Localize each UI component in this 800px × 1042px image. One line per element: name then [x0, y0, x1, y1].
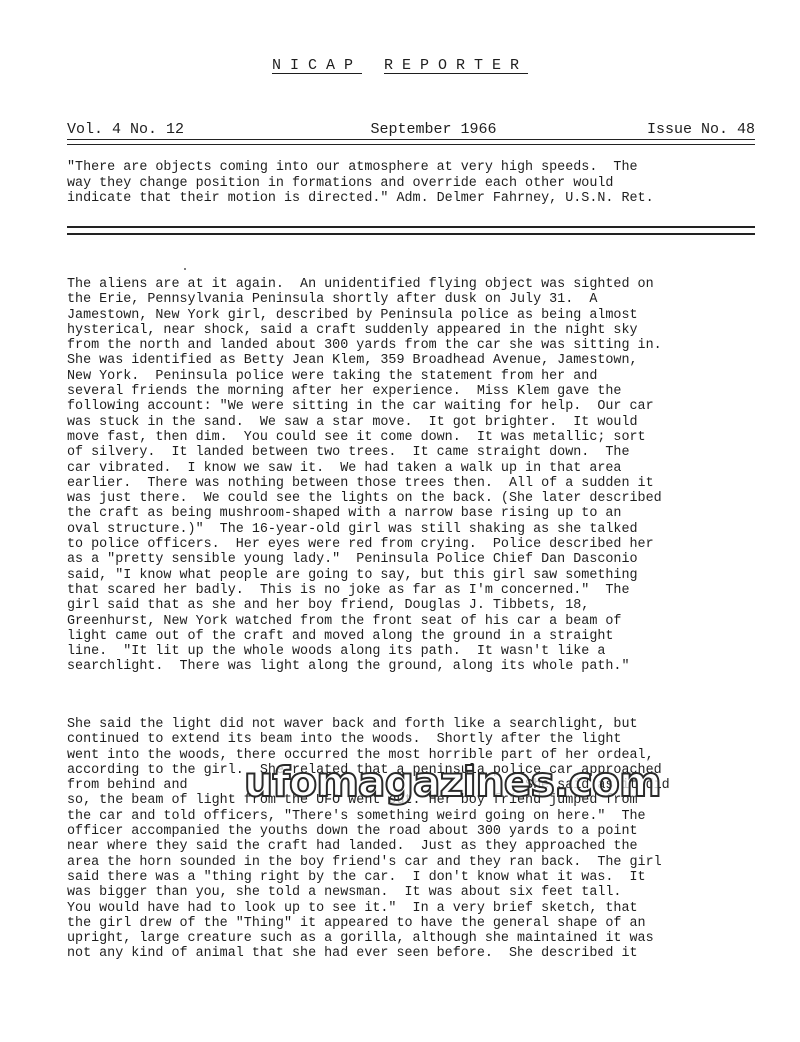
- masthead-title: NICAPREPORTER: [0, 57, 800, 74]
- epigraph-divider: [67, 226, 755, 235]
- issue-number: Issue No. 48: [647, 121, 755, 138]
- header-divider: [67, 139, 755, 145]
- article-paragraph-1: The aliens are at it again. An unidentif…: [67, 277, 777, 675]
- masthead-word-reporter: REPORTER: [384, 57, 528, 74]
- issue-date: September 1966: [370, 121, 496, 138]
- epigraph-quote: "There are objects coming into our atmos…: [67, 160, 767, 207]
- article-paragraph-2: She said the light did not waver back an…: [67, 717, 777, 962]
- masthead-word-nicap: NICAP: [272, 57, 362, 74]
- stray-mark: [184, 268, 186, 270]
- volume-number: Vol. 4 No. 12: [67, 121, 184, 138]
- issue-info-line: Vol. 4 No. 12 September 1966 Issue No. 4…: [67, 121, 755, 138]
- watermark: ufomagazines.com: [244, 758, 661, 806]
